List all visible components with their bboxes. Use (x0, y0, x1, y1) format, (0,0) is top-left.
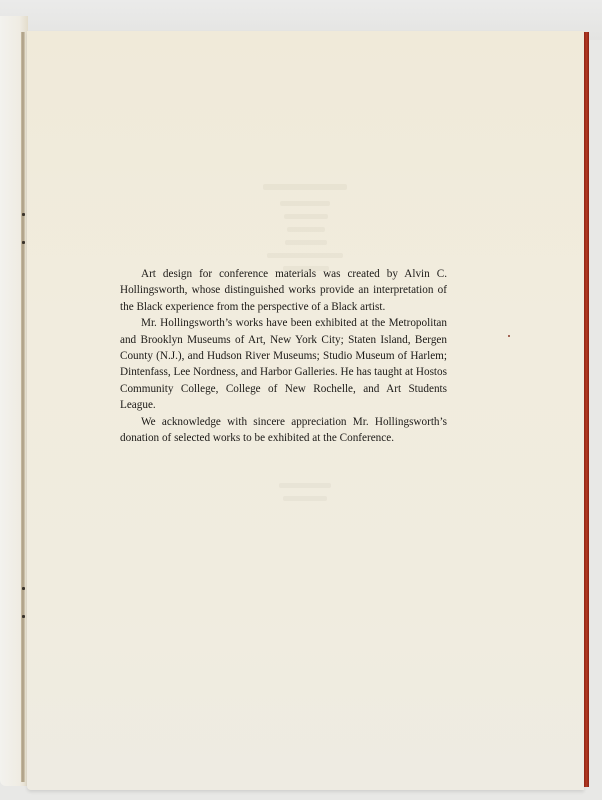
speck (508, 335, 510, 337)
stitch-mark (22, 213, 25, 216)
paragraph-exhibitions: Mr. Hollingsworth’s works have been exhi… (120, 315, 447, 413)
stitch-mark (22, 241, 25, 244)
paragraph-art-design: Art design for conference materials was … (120, 266, 447, 315)
stitch-mark (22, 587, 25, 590)
acknowledgement-text: Art design for conference materials was … (120, 266, 447, 446)
stitch-mark (22, 615, 25, 618)
paragraph-acknowledgement: We acknowledge with sincere appreciation… (120, 414, 447, 447)
red-cover-edge (584, 32, 589, 787)
binding-gutter (21, 32, 25, 782)
